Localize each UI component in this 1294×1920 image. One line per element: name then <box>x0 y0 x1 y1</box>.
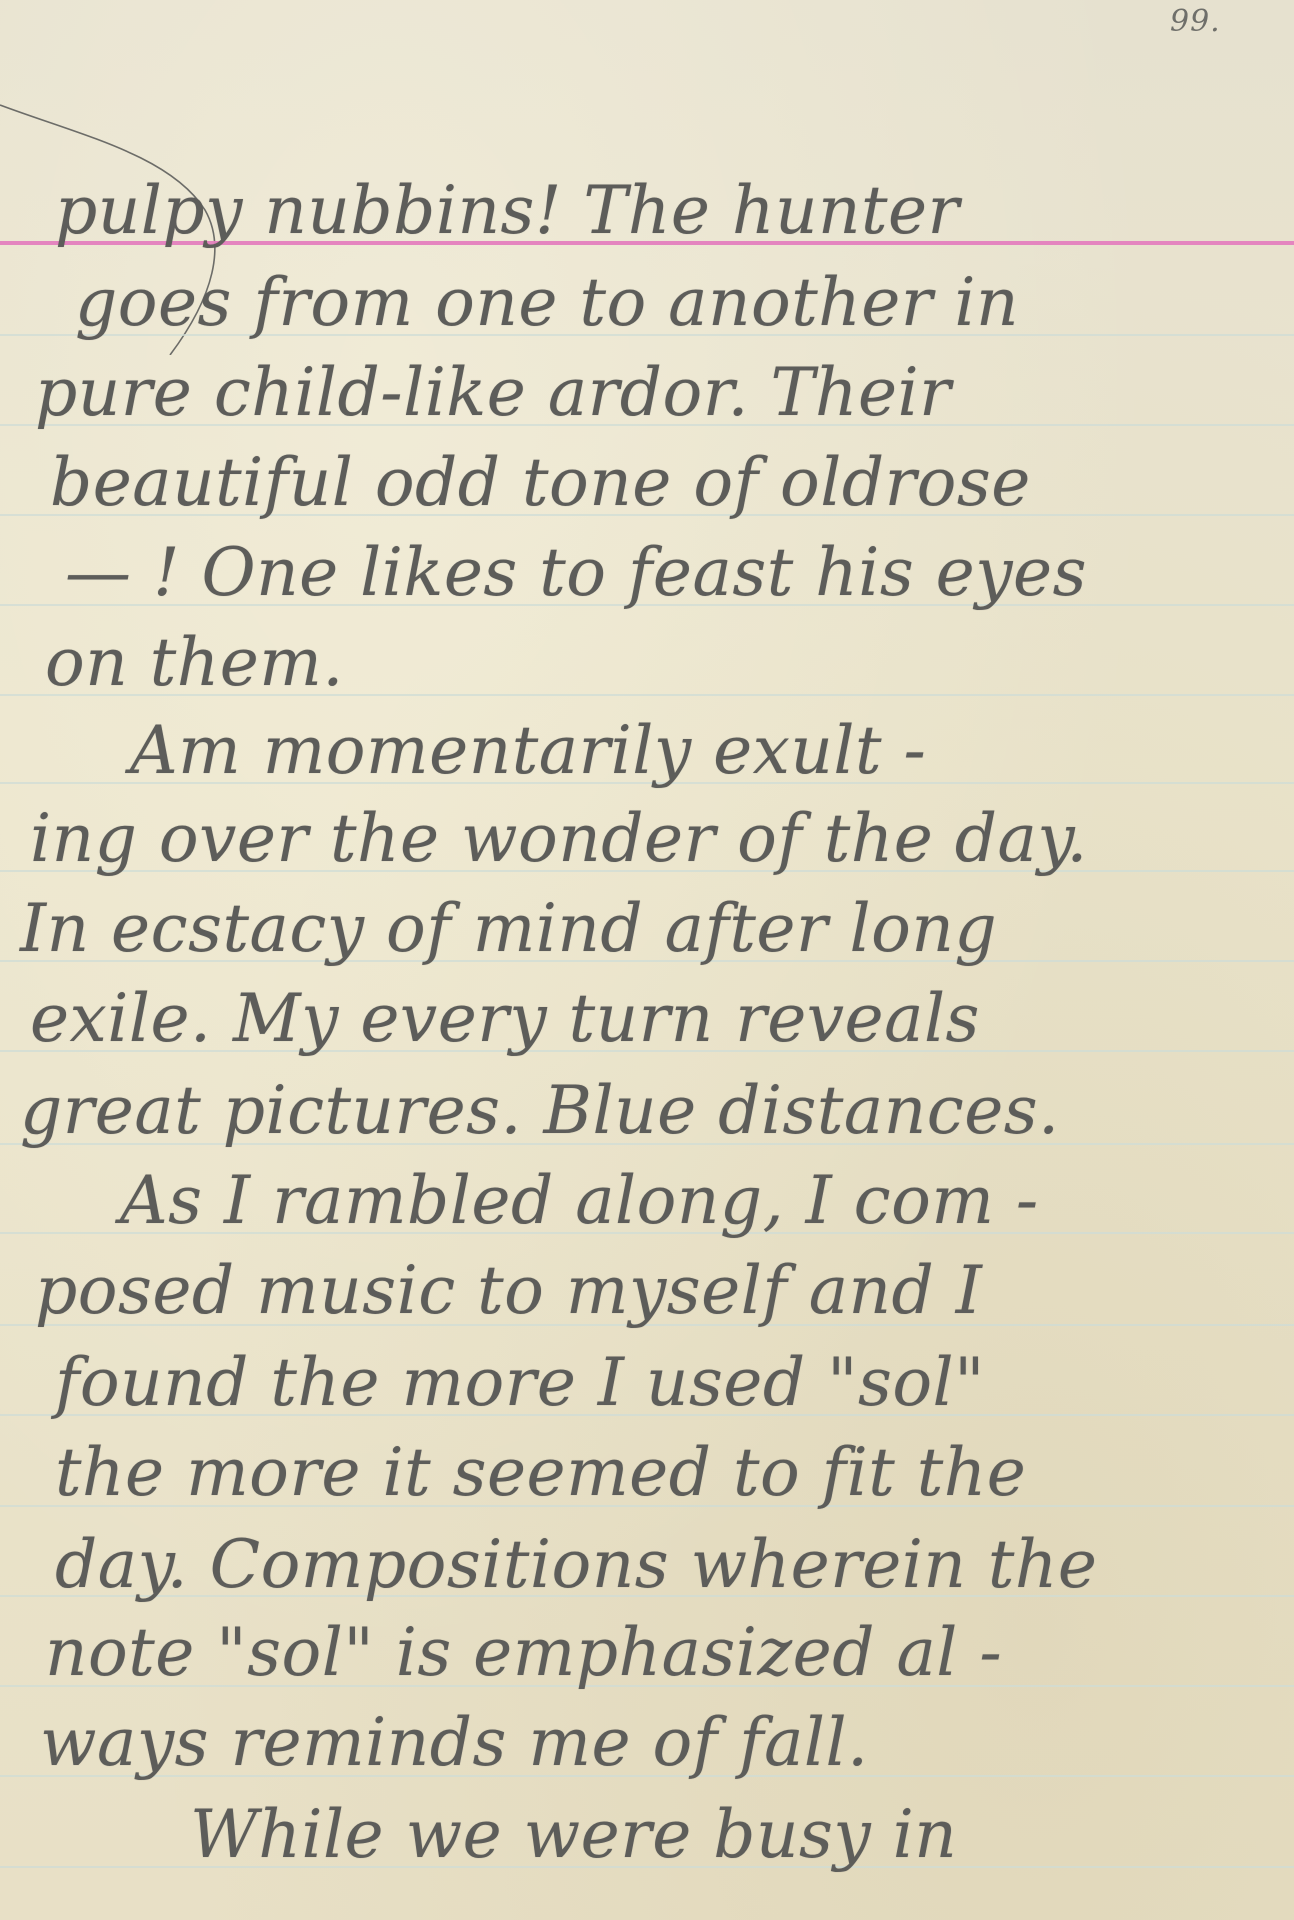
handwritten-line: exile. My every turn reveals <box>0 974 1294 1064</box>
handwritten-line: ing over the wonder of the day. <box>0 794 1294 884</box>
handwritten-line: great pictures. Blue distances. <box>0 1066 1294 1156</box>
handwritten-line: day. Compositions wherein the <box>0 1520 1294 1610</box>
handwritten-line: pulpy nubbins! The hunter <box>0 166 1294 256</box>
notebook-page: 99. pulpy nubbins! The hunter goes from … <box>0 0 1294 1920</box>
handwritten-line: goes from one to another in <box>0 258 1294 348</box>
handwritten-line: posed music to myself and I <box>0 1246 1294 1336</box>
handwritten-line: Am momentarily exult - <box>0 706 1294 796</box>
handwritten-line: — ! One likes to feast his eyes <box>0 528 1294 618</box>
handwritten-line: As I rambled along, I com - <box>0 1156 1294 1246</box>
handwritten-line: found the more I used "sol" <box>0 1338 1294 1428</box>
handwritten-line: While we were busy in <box>0 1790 1294 1880</box>
handwritten-line: In ecstacy of mind after long <box>0 884 1294 974</box>
handwritten-line: the more it seemed to fit the <box>0 1428 1294 1518</box>
handwritten-line: on them. <box>0 618 1294 708</box>
handwritten-line: beautiful odd tone of oldrose <box>0 438 1294 528</box>
page-number: 99. <box>1170 4 1221 39</box>
handwritten-line: pure child-like ardor. Their <box>0 348 1294 438</box>
handwritten-line: ways reminds me of fall. <box>0 1698 1294 1788</box>
handwritten-line: note "sol" is emphasized al - <box>0 1608 1294 1698</box>
